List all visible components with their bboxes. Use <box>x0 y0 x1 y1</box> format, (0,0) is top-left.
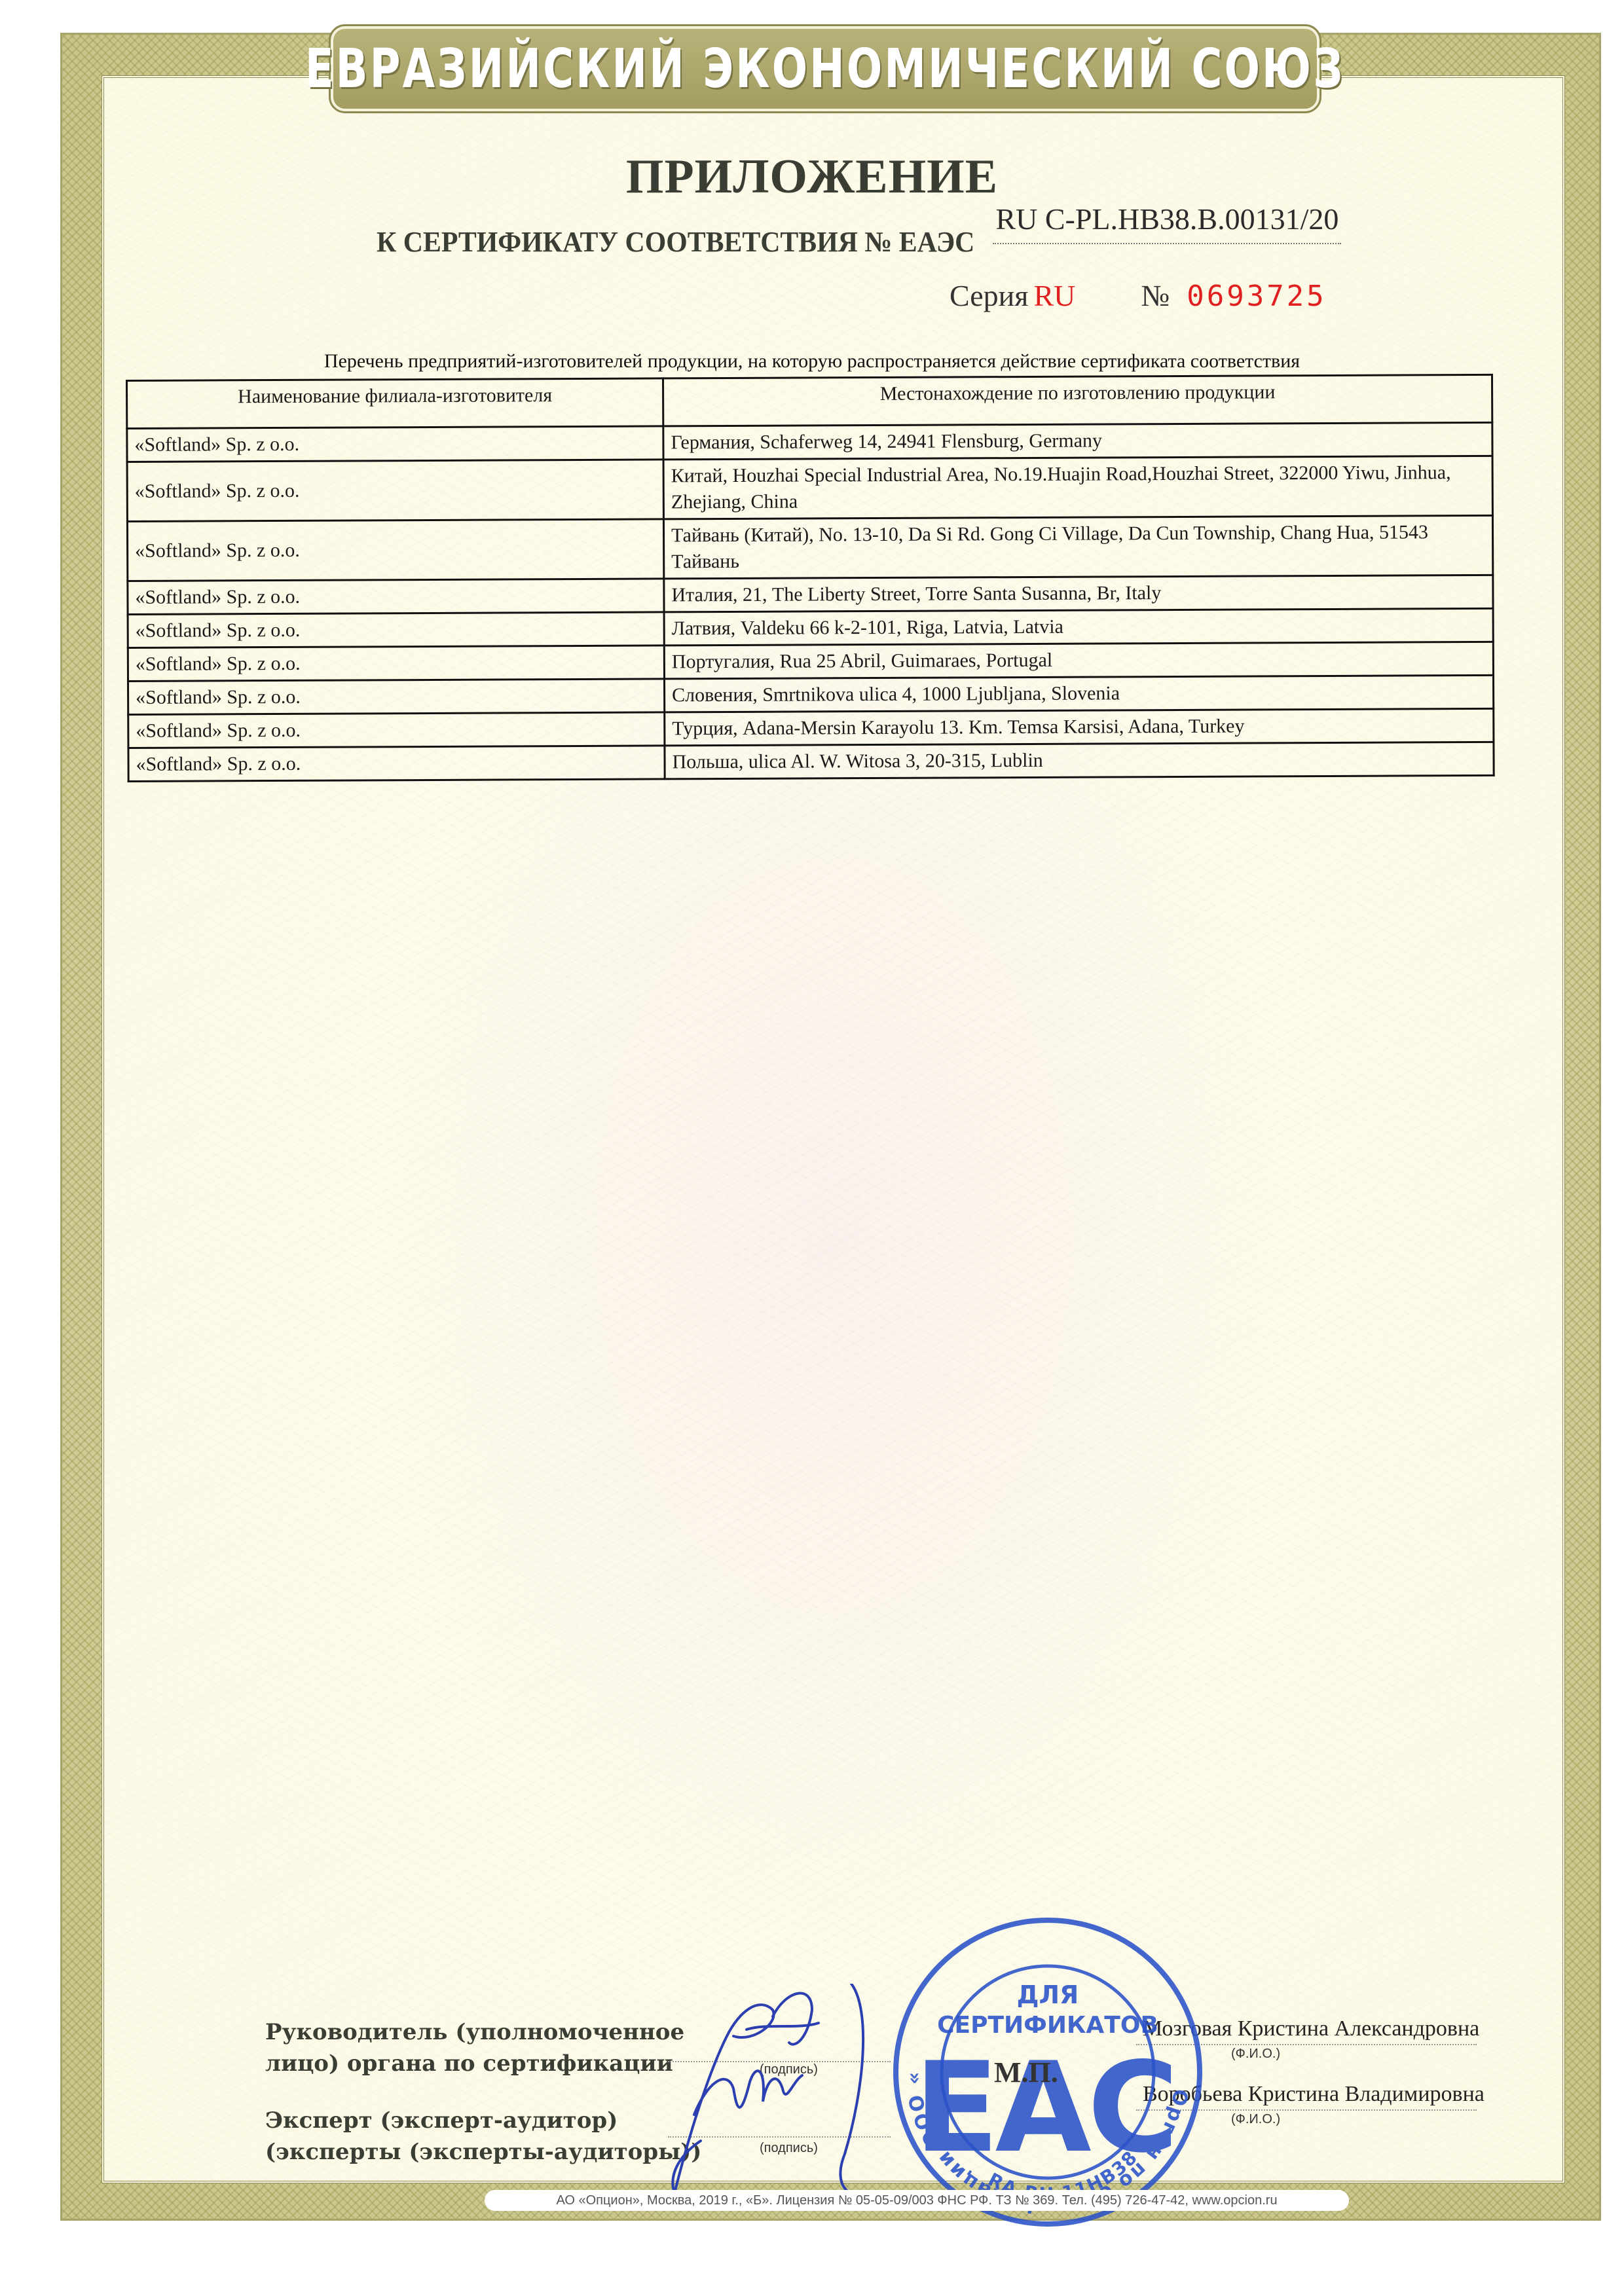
column-header-address: Местонахождение по изготовлению продукци… <box>663 374 1492 426</box>
expert-name: Воробьева Кристина Владимировна <box>1143 2082 1485 2107</box>
table-row: «Softland» Sp. z o.o.Латвия, Valdeku 66 … <box>128 608 1493 647</box>
table-row: «Softland» Sp. z o.o.Тайвань (Китай), No… <box>127 515 1492 581</box>
number-label: № <box>1141 278 1170 313</box>
table-header-row: Наименование филиала-изготовителя Местон… <box>127 374 1492 428</box>
manufacturer-address-cell: Китай, Houzhai Special Industrial Area, … <box>663 456 1492 519</box>
expert-label-line2: (эксперты (эксперты-аудиторы)) <box>265 2136 701 2168</box>
manufacturer-name-cell: «Softland» Sp. z o.o. <box>128 612 664 648</box>
head-label-line1: Руководитель (уполномоченное <box>265 2016 684 2048</box>
head-name: Мозговая Кристина Александровна <box>1143 2016 1479 2041</box>
table-row: «Softland» Sp. z o.o.Словения, Smrtnikov… <box>128 675 1494 714</box>
union-banner: ЕВРАЗИЙСКИЙ ЭКОНОМИЧЕСКИЙ СОЮЗ <box>331 26 1319 111</box>
table-row: «Softland» Sp. z o.o.Германия, Schaferwe… <box>127 422 1492 462</box>
certificate-reference: К СЕРТИФИКАТУ СООТВЕТСТВИЯ № ЕАЭС RU C-P… <box>377 216 1341 259</box>
table-row: «Softland» Sp. z o.o.Китай, Houzhai Spec… <box>127 456 1492 521</box>
series-value: RU <box>1033 278 1075 313</box>
expert-label-line1: Эксперт (эксперт-аудитор) <box>265 2105 701 2136</box>
head-label: Руководитель (уполномоченное лицо) орган… <box>265 2016 684 2079</box>
series-number-row: Серия RU № 0693725 <box>950 278 1327 313</box>
manufacturer-name-cell: «Softland» Sp. z o.o. <box>128 746 665 782</box>
table-row: «Softland» Sp. z o.o.Турция, Adana-Mersi… <box>128 708 1494 748</box>
banner-title: ЕВРАЗИЙСКИЙ ЭКОНОМИЧЕСКИЙ СОЮЗ <box>305 38 1345 100</box>
expert-signature-caption: (подпись) <box>760 2141 818 2156</box>
manufacturer-address-cell: Польша, ulica Al. W. Witosa 3, 20-315, L… <box>665 742 1494 779</box>
head-signature-caption: (подпись) <box>760 2062 818 2077</box>
manufacturer-name-cell: «Softland» Sp. z o.o. <box>128 646 664 682</box>
blank-number: 0693725 <box>1187 280 1326 313</box>
seal-place-mark: М.П. <box>994 2056 1058 2089</box>
certificate-number: RU C-PL.HB38.B.00131/20 <box>993 202 1341 244</box>
head-fio-caption: (Ф.И.О.) <box>1231 2047 1280 2062</box>
manufacturer-address-cell: Италия, 21, The Liberty Street, Torre Sa… <box>664 575 1493 612</box>
table-row: «Softland» Sp. z o.o.Италия, 21, The Lib… <box>128 575 1493 614</box>
list-caption: Перечень предприятий-изготовителей проду… <box>0 350 1624 373</box>
column-header-name: Наименование филиала-изготовителя <box>127 378 663 429</box>
subtitle: К СЕРТИФИКАТУ СООТВЕТСТВИЯ № ЕАЭС <box>377 225 974 259</box>
head-label-line2: лицо) органа по сертификации <box>265 2048 684 2079</box>
manufacturer-address-cell: Словения, Smrtnikova ulica 4, 1000 Ljubl… <box>665 675 1494 712</box>
expert-fio-caption: (Ф.И.О.) <box>1231 2112 1280 2127</box>
manufacturer-name-cell: «Softland» Sp. z o.o. <box>127 426 663 462</box>
manufacturer-address-cell: Латвия, Valdeku 66 k-2-101, Riga, Latvia… <box>664 608 1493 646</box>
manufacturer-name-cell: «Softland» Sp. z o.o. <box>128 679 665 715</box>
manufacturer-name-cell: «Softland» Sp. z o.o. <box>128 579 664 615</box>
manufacturer-address-cell: Тайвань (Китай), No. 13-10, Da Si Rd. Go… <box>663 515 1492 579</box>
table-row: «Softland» Sp. z o.o.Португалия, Rua 25 … <box>128 642 1493 681</box>
manufacturer-name-cell: «Softland» Sp. z o.o. <box>128 712 665 748</box>
expert-label: Эксперт (эксперт-аудитор) (эксперты (экс… <box>265 2105 701 2168</box>
expert-signature-line <box>668 2136 891 2138</box>
manufacturer-address-cell: Турция, Adana-Mersin Karayolu 13. Km. Te… <box>665 708 1494 746</box>
manufacturer-name-cell: «Softland» Sp. z o.o. <box>127 519 663 581</box>
page-title: ПРИЛОЖЕНИЕ <box>0 149 1624 205</box>
expert-name-line <box>1136 2109 1477 2111</box>
printer-imprint: АО «Опцион», Москва, 2019 г., «Б». Лицен… <box>485 2190 1349 2211</box>
head-name-line <box>1136 2044 1477 2045</box>
manufacturers-table: Наименование филиала-изготовителя Местон… <box>126 374 1495 782</box>
series-label: Серия <box>950 278 1028 313</box>
manufacturer-name-cell: «Softland» Sp. z o.o. <box>127 460 663 522</box>
table-row: «Softland» Sp. z o.o.Польша, ulica Al. W… <box>128 742 1494 781</box>
manufacturer-address-cell: Германия, Schaferweg 14, 24941 Flensburg… <box>663 422 1492 460</box>
manufacturer-address-cell: Португалия, Rua 25 Abril, Guimaraes, Por… <box>664 642 1493 679</box>
